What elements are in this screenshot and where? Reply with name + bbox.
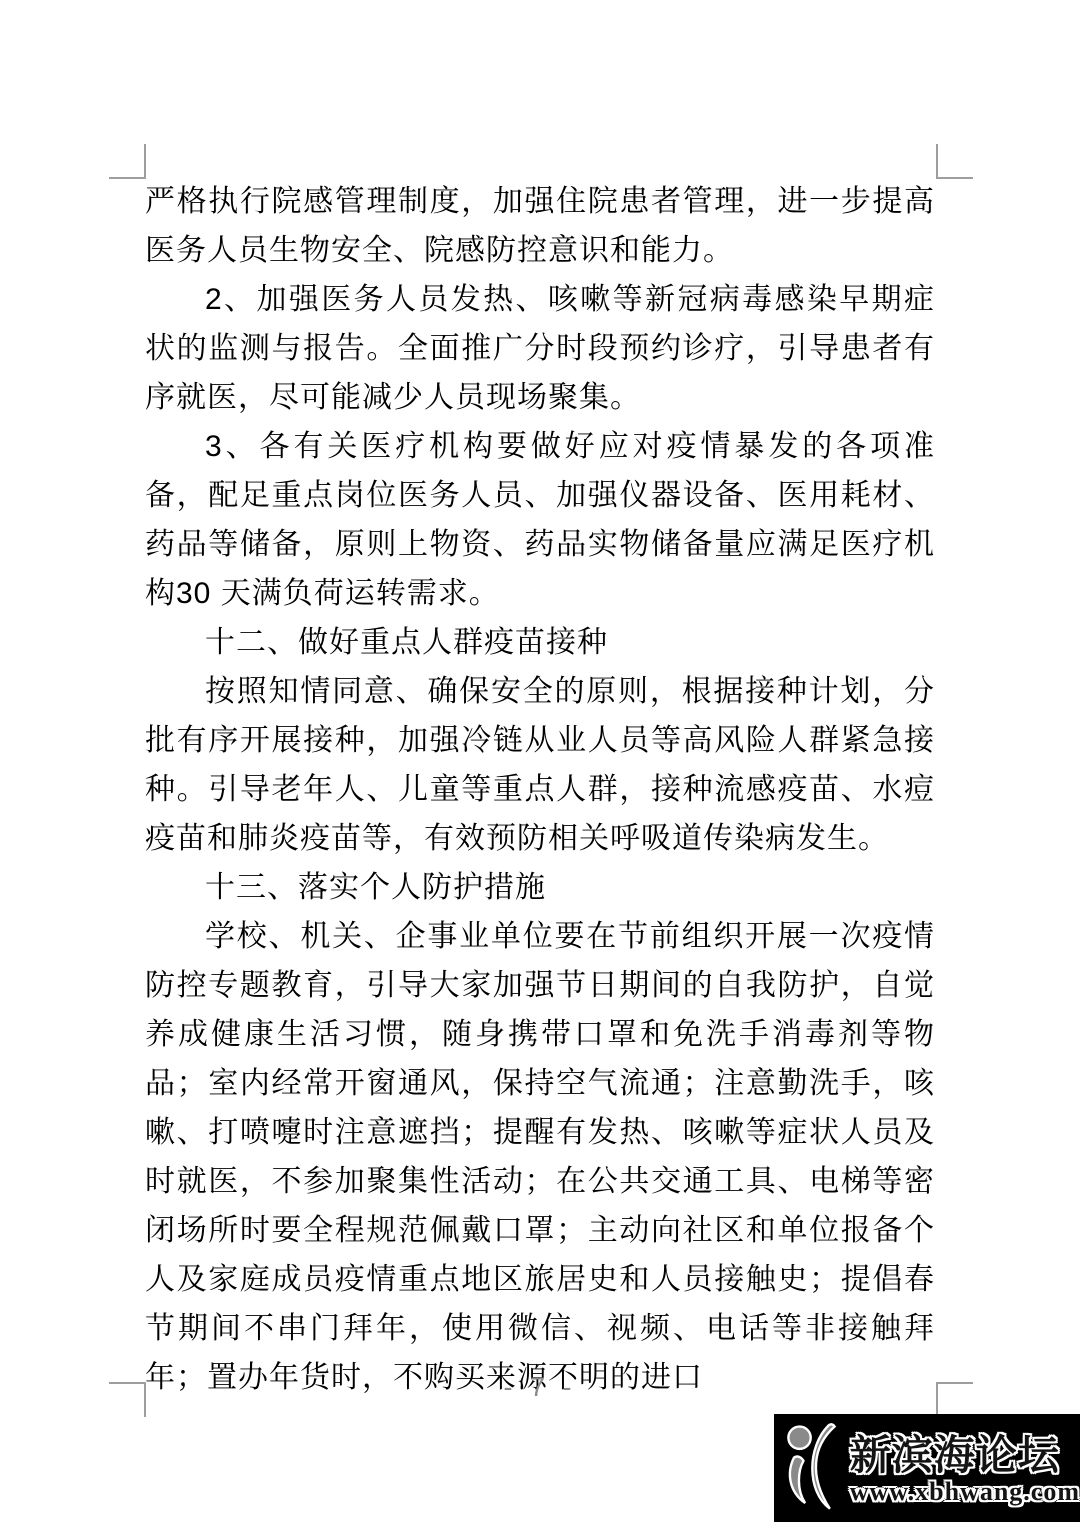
section-heading: 十三、落实个人防护措施 [145, 863, 935, 912]
watermark-banner: 新滨海论坛 www.xbhwang.com [774, 1414, 1080, 1522]
watermark-text-block: 新滨海论坛 www.xbhwang.com [850, 1432, 1080, 1505]
paragraph: 学校、机关、企事业单位要在节前组织开展一次疫情防控专题教育，引导大家加强节日期间… [145, 912, 935, 1402]
watermark-site-url: www.xbhwang.com [850, 1478, 1080, 1505]
crop-mark-top-left [109, 144, 146, 179]
document-page: 严格执行院感管理制度，加强住院患者管理，进一步提高医务人员生物安全、院感防控意识… [0, 0, 1080, 1527]
paragraph: 按照知情同意、确保安全的原则，根据接种计划，分批有序开展接种，加强冷链从业人员等… [145, 667, 935, 863]
paragraph: 严格执行院感管理制度，加强住院患者管理，进一步提高医务人员生物安全、院感防控意识… [145, 177, 935, 275]
forum-logo-icon [782, 1416, 854, 1520]
watermark-forum-name: 新滨海论坛 [850, 1432, 1080, 1478]
paragraph: 3、各有关医疗机构要做好应对疫情暴发的各项准备，配足重点岗位医务人员、加强仪器设… [145, 422, 935, 618]
document-body: 严格执行院感管理制度，加强住院患者管理，进一步提高医务人员生物安全、院感防控意识… [145, 177, 935, 1402]
crop-mark-top-right [936, 144, 973, 179]
paragraph: 2、加强医务人员发热、咳嗽等新冠病毒感染早期症状的监测与报告。全面推广分时段预约… [145, 275, 935, 422]
section-heading: 十二、做好重点人群疫苗接种 [145, 618, 935, 667]
page-number: - 7 - [0, 1372, 1080, 1403]
